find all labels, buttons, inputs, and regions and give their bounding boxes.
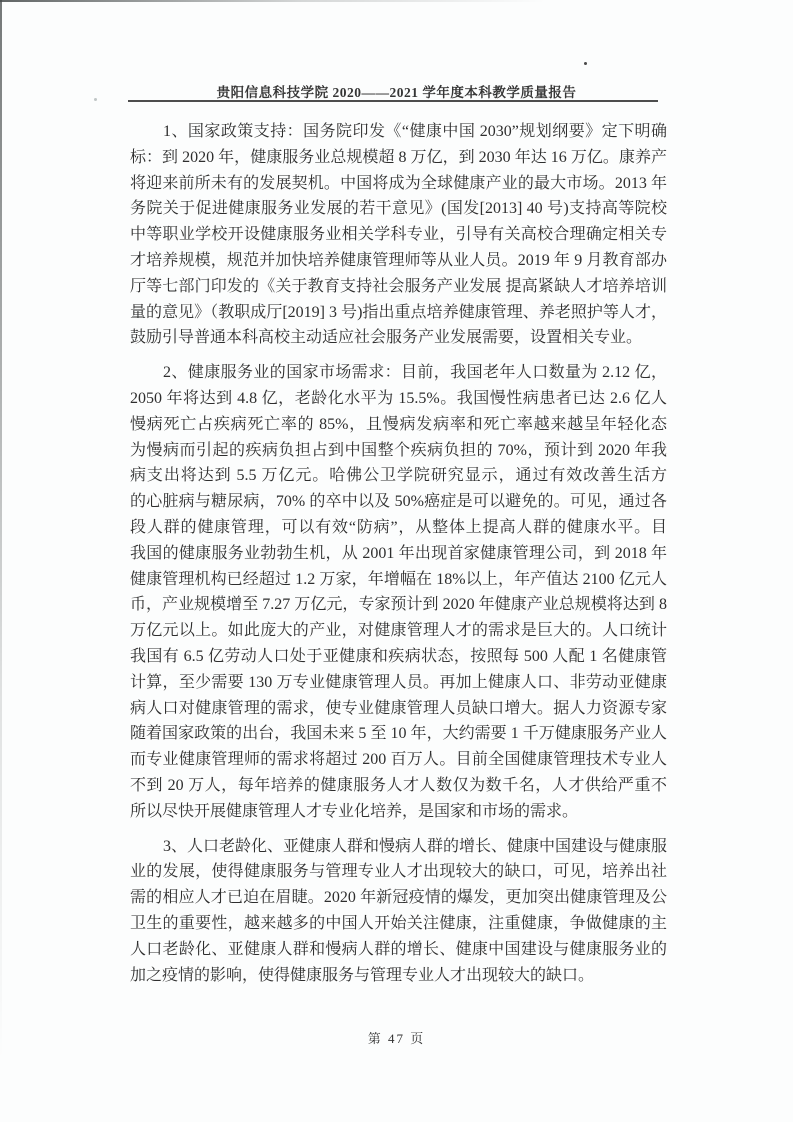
- text-line: 才培养规模，规范并加快培养健康管理师等从业人员。2019 年 9 月教育部办公: [130, 248, 667, 274]
- paragraph: 2、健康服务业的国家市场需求：目前，我国老年人口数量为 2.12 亿，到2050…: [130, 360, 667, 824]
- text-line: 计算，至少需要 130 万专业健康管理人员。再加上健康人口、非劳动亚健康和疾: [130, 670, 667, 696]
- text-line: 业的发展，使得健康服务与管理专业人才出现较大的缺口，可见，培养出社会急: [130, 859, 667, 885]
- page-header-title: 贵阳信息科技学院 2020——2021 学年度本科教学质量报告: [0, 81, 793, 101]
- scan-edge-left: [0, 0, 2, 1060]
- text-line: 病支出将达到 5.5 万亿元。哈佛公卫学院研究显示，通过有效改善生活方式，80%: [130, 463, 667, 489]
- text-line: 健康管理机构已经超过 1.2 万家，年增幅在 18%以上，年产值达 2100 亿…: [130, 567, 667, 593]
- paragraph: 3、人口老龄化、亚健康人群和慢病人群的增长、健康中国建设与健康服务业的发展，使得…: [130, 834, 667, 989]
- text-line: 3、人口老龄化、亚健康人群和慢病人群的增长、健康中国建设与健康服务: [130, 834, 667, 860]
- text-line: 量的意见》（教职成厅[2019] 3 号)指出重点培养健康管理、养老照护等人才，: [130, 300, 667, 326]
- text-line: 而专业健康管理师的需求将超过 200 百万人。目前全国健康管理技术专业人员还: [130, 747, 667, 773]
- text-line: 2、健康服务业的国家市场需求：目前，我国老年人口数量为 2.12 亿，到: [130, 360, 667, 386]
- scan-edge-top: [0, 0, 545, 2]
- document-page: 贵阳信息科技学院 2020——2021 学年度本科教学质量报告 1、国家政策支持…: [0, 0, 793, 1122]
- text-line: 人口老龄化、亚健康人群和慢病人群的增长、健康中国建设与健康服务业的发展: [130, 937, 667, 963]
- text-line: 病人口对健康管理的需求，使专业健康管理人员缺口增大。据人力资源专家分析，: [130, 696, 667, 722]
- header-divider: [128, 100, 658, 102]
- text-line: 厅等七部门印发的《关于教育支持社会服务产业发展 提高紧缺人才培养培训质: [130, 274, 667, 300]
- text-line: 标：到 2020 年，健康服务业总规模超 8 万亿，到 2030 年达 16 万…: [130, 145, 667, 171]
- text-line: 段人群的健康管理，可以有效“防病”，从整体上提高人群的健康水平。目前，: [130, 515, 667, 541]
- text-line: 1、国家政策支持：国务院印发《“健康中国 2030”规划纲要》定下明确目: [130, 119, 667, 145]
- text-line: 为慢病而引起的疾病负担占到中国整个疾病负担的 70%，预计到 2020 年我国慢: [130, 438, 667, 464]
- text-line: 卫生的重要性，越来越多的中国人开始关注健康，注重健康，争做健康的主人；: [130, 911, 667, 937]
- page-number: 第 47 页: [0, 1028, 793, 1047]
- text-line: 务院关于促进健康服务业发展的若干意见》(国发[2013] 40 号)支持高等院校…: [130, 196, 667, 222]
- text-line: 的心脏病与糖尿病，70% 的卒中以及 50%癌症是可以避免的。可见，通过各年龄: [130, 489, 667, 515]
- text-line: 万亿元以上。如此庞大的产业，对健康管理人才的需求是巨大的。人口统计表明，: [130, 618, 667, 644]
- text-line: 不到 20 万人，每年培养的健康服务人才人数仅为数千名，人才供给严重不足，: [130, 773, 667, 799]
- body-paragraphs: 1、国家政策支持：国务院印发《“健康中国 2030”规划纲要》定下明确目标：到 …: [130, 119, 667, 988]
- text-line: 所以尽快开展健康管理人才专业化培养，是国家和市场的需求。: [130, 799, 667, 825]
- text-line: 我国有 6.5 亿劳动人口处于亚健康和疾病状态，按照每 500 人配 1 名健康…: [130, 644, 667, 670]
- paragraph: 1、国家政策支持：国务院印发《“健康中国 2030”规划纲要》定下明确目标：到 …: [130, 119, 667, 351]
- text-line: 加之疫情的影响，使得健康服务与管理专业人才出现较大的缺口。: [130, 963, 667, 989]
- scan-speck: [584, 62, 587, 65]
- text-line: 需的相应人才已迫在眉睫。2020 年新冠疫情的爆发，更加突出健康管理及公共: [130, 885, 667, 911]
- text-line: 鼓励引导普通本科高校主动适应社会服务产业发展需要，设置相关专业。: [130, 325, 667, 351]
- text-line: 随着国家政策的出台，我国未来 5 至 10 年，大约需要 1 千万健康服务产业人…: [130, 721, 667, 747]
- text-line: 中等职业学校开设健康服务业相关学科专业，引导有关高校合理确定相关专业人: [130, 222, 667, 248]
- text-line: 慢病死亡占疾病死亡率的 85%，且慢病发病率和死亡率越来越呈年轻化态势，因: [130, 412, 667, 438]
- text-line: 币，产业规模增至 7.27 万亿元，专家预计到 2020 年健康产业总规模将达到…: [130, 592, 667, 618]
- text-line: 2050 年将达到 4.8 亿，老龄化水平为 15.5%。我国慢性病患者已达 2…: [130, 386, 667, 412]
- text-line: 将迎来前所未有的发展契机。中国将成为全球健康产业的最大市场。2013 年《国: [130, 171, 667, 197]
- text-line: 我国的健康服务业勃勃生机，从 2001 年出现首家健康管理公司，到 2018 年…: [130, 541, 667, 567]
